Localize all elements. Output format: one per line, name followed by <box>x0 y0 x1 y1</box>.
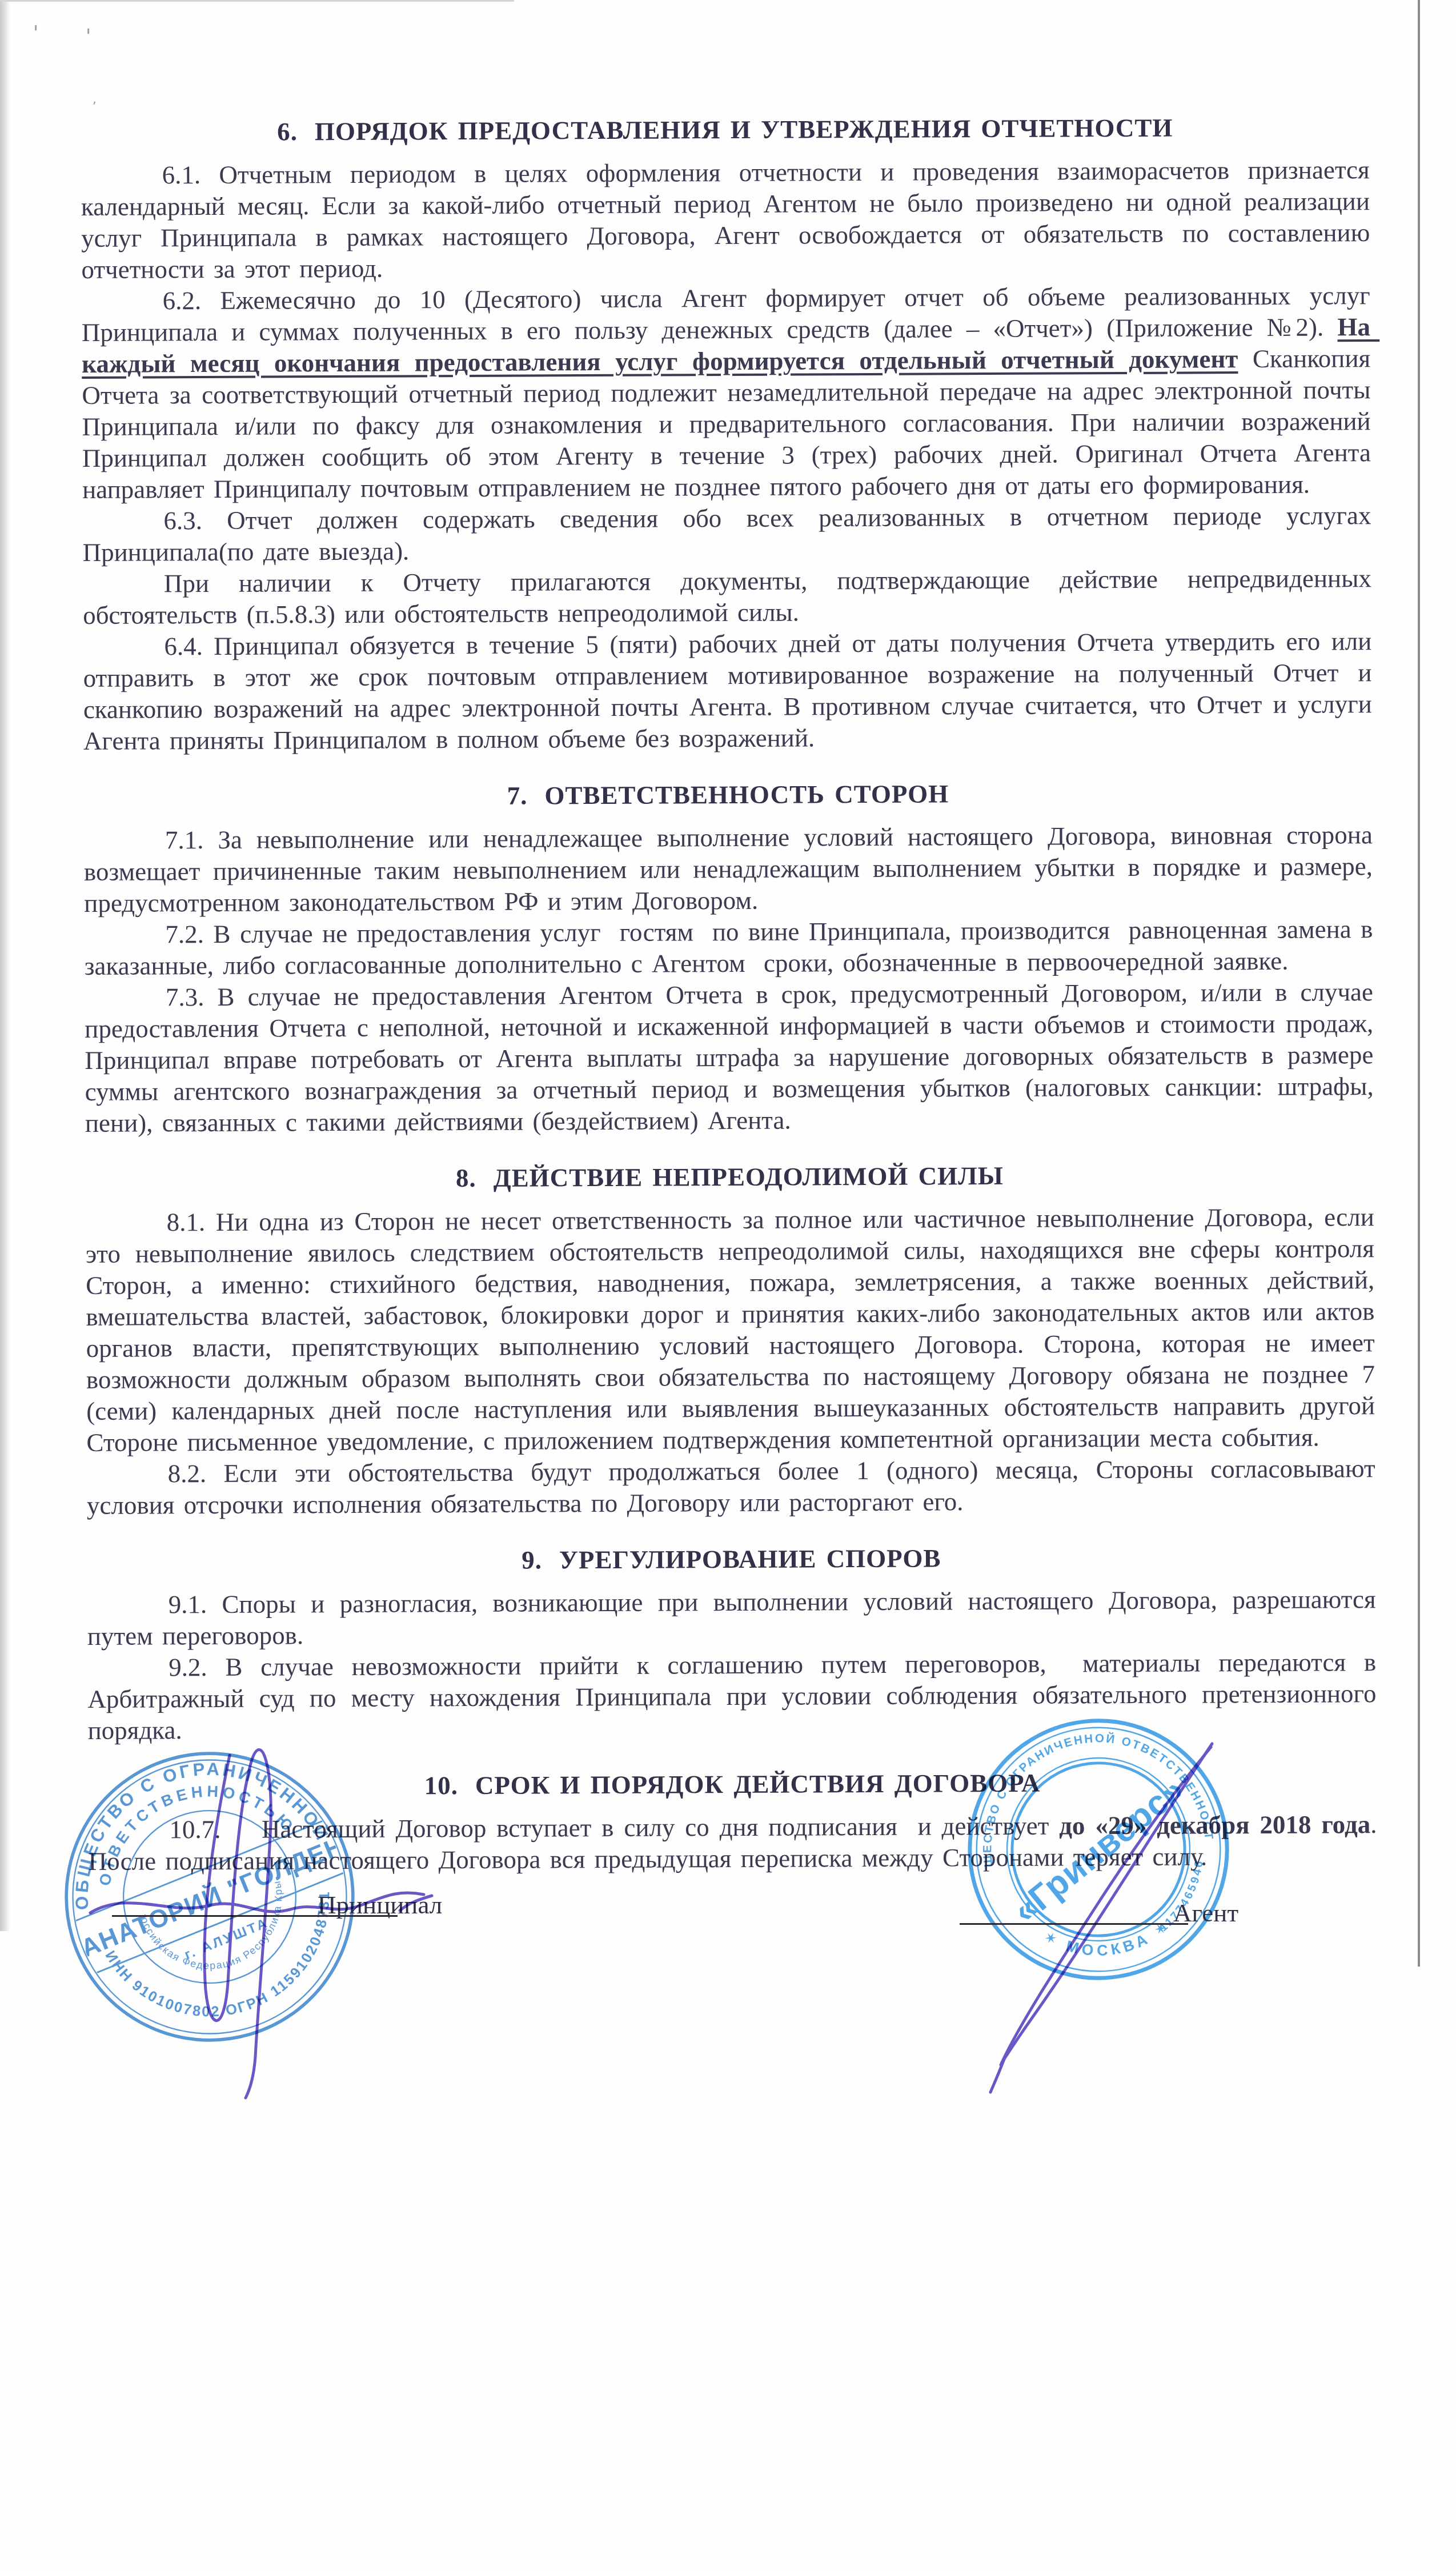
section-title: ОТВЕТСТВЕННОСТЬ СТОРОН <box>544 779 949 810</box>
text-run: 6.3. Отчет должен содержать сведения обо… <box>83 501 1381 567</box>
section-title: ПОРЯДОК ПРЕДОСТАВЛЕНИЯ И УТВЕРЖДЕНИЯ ОТЧ… <box>315 114 1173 146</box>
agent-signature-ink <box>990 2059 1004 2092</box>
text-run: 7.3. В случае не предоставления Агентом … <box>85 978 1383 1138</box>
text-run: 7.1. За невыполнение или ненадлежащее вы… <box>84 820 1382 918</box>
paragraph: 7.2. В случае не предоставления услуг го… <box>84 914 1373 982</box>
section-heading: 9.УРЕГУЛИРОВАНИЕ СПОРОВ <box>87 1541 1375 1578</box>
section-number: 8. <box>456 1164 476 1192</box>
scanned-contract-page: ' ' , 6.ПОРЯДОК ПРЕДОСТАВЛЕНИЯ И УТВЕРЖД… <box>0 0 1456 2571</box>
paragraph: 6.2. Ежемесячно до 10 (Десятого) числа А… <box>82 280 1371 506</box>
text-run: При наличии к Отчету прилагаются докумен… <box>83 564 1381 630</box>
text-run: 6.2. Ежемесячно до 10 (Десятого) числа А… <box>82 281 1379 347</box>
paragraph: 6.3. Отчет должен содержать сведения обо… <box>82 500 1371 568</box>
principal-signature-ink <box>90 1893 424 1913</box>
principal-signature-ink <box>400 1896 432 1911</box>
section-number: 6. <box>277 117 298 146</box>
text-run: 8.1. Ни одна из Сторон не несет ответств… <box>86 1203 1385 1457</box>
text-run: 9.1. Споры и разногласия, возникающие пр… <box>87 1585 1385 1651</box>
text-run: 7.2. В случае не предоставления услуг го… <box>85 915 1382 980</box>
document-body: 6.ПОРЯДОК ПРЕДОСТАВЛЕНИЯ И УТВЕРЖДЕНИЯ О… <box>81 111 1377 1877</box>
section-title: УРЕГУЛИРОВАНИЕ СПОРОВ <box>559 1544 941 1574</box>
scan-speck: , <box>93 93 97 107</box>
text-run: 6.1. Отчетным периодом в целях оформлени… <box>81 155 1379 284</box>
section-heading: 6.ПОРЯДОК ПРЕДОСТАВЛЕНИЯ И УТВЕРЖДЕНИЯ О… <box>81 111 1369 149</box>
section-heading: 8.ДЕЙСТВИЕ НЕПРЕОДОЛИМОЙ СИЛЫ <box>85 1159 1374 1196</box>
paragraph: При наличии к Отчету прилагаются докумен… <box>83 563 1371 631</box>
paragraph: 8.2. Если эти обстоятельства будут продо… <box>87 1453 1375 1521</box>
section-number: 9. <box>522 1545 542 1574</box>
scan-speck: ' <box>33 22 38 45</box>
paragraph: 7.3. В случае не предоставления Агентом … <box>85 976 1374 1139</box>
paragraph: 7.1. За невыполнение или ненадлежащее вы… <box>84 819 1373 919</box>
paragraph: 6.4. Принципал обязуется в течение 5 (пя… <box>83 626 1372 757</box>
principal-signature-ink <box>204 1750 271 2098</box>
section-heading: 7.ОТВЕТСТВЕННОСТЬ СТОРОН <box>83 776 1372 814</box>
scan-right-edge-line <box>1418 0 1420 1967</box>
paragraph: 9.1. Споры и разногласия, возникающие пр… <box>87 1584 1376 1652</box>
paragraph: 8.1. Ни одна из Сторон не несет ответств… <box>86 1202 1375 1459</box>
scan-left-edge <box>0 0 10 1931</box>
paragraph: 6.1. Отчетным периодом в целях оформлени… <box>81 154 1370 286</box>
section-title: ДЕЙСТВИЕ НЕПРЕОДОЛИМОЙ СИЛЫ <box>494 1162 1004 1192</box>
section-number: 7. <box>507 782 528 810</box>
scan-top-edge <box>0 0 514 2</box>
agent-signature-ink <box>1004 1744 1212 2059</box>
scan-speck: ' <box>86 25 91 48</box>
text-run: 8.2. Если эти обстоятельства будут продо… <box>87 1454 1385 1520</box>
text-run: 6.4. Принципал обязуется в течение 5 (пя… <box>83 627 1381 755</box>
handwritten-signatures <box>0 1685 1456 2200</box>
